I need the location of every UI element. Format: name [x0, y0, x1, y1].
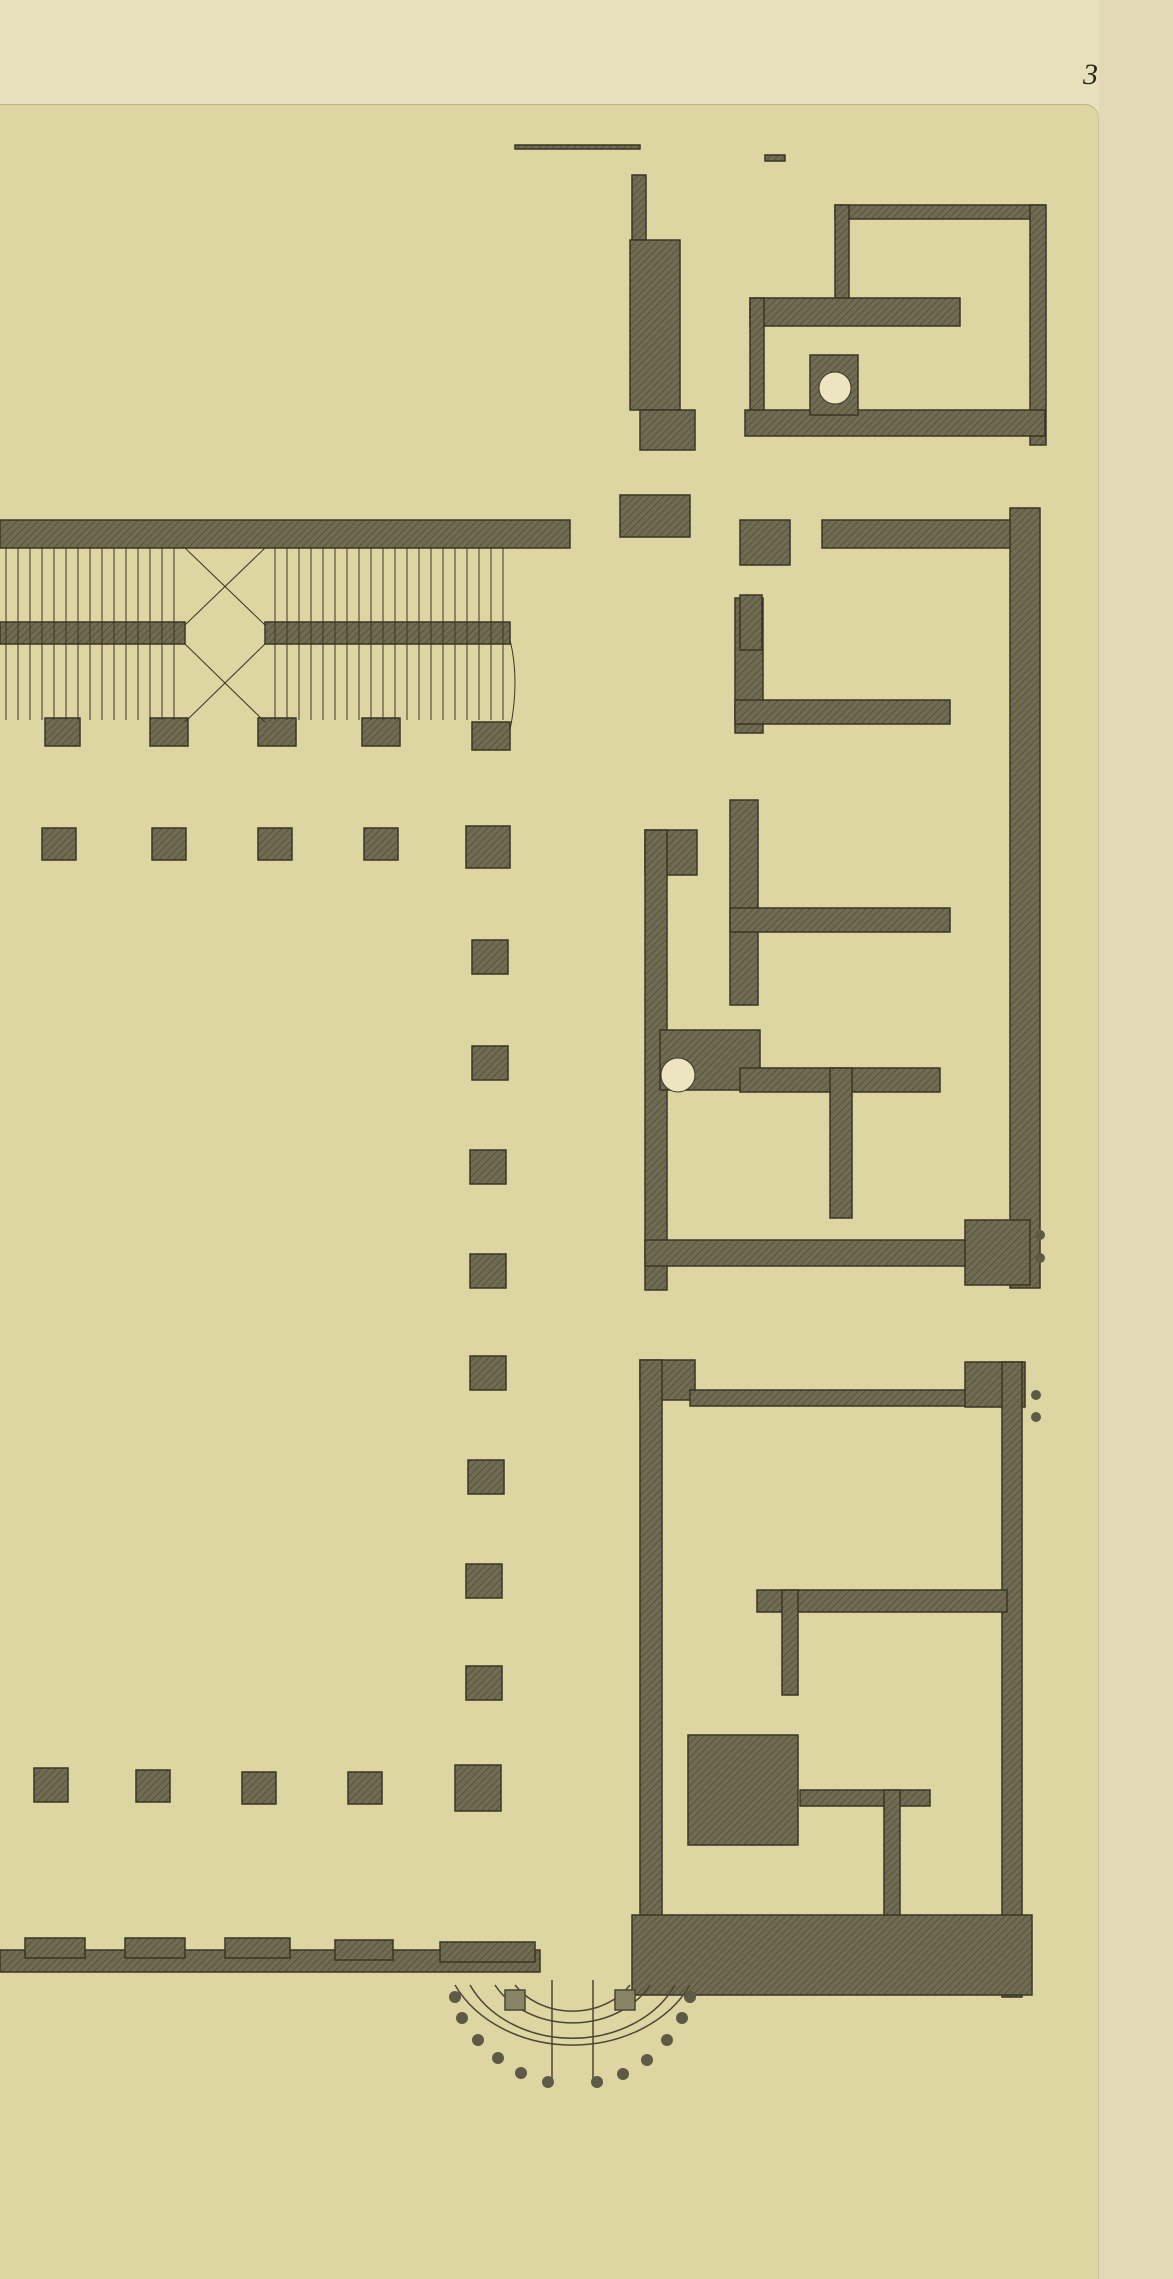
east-wing-north — [645, 508, 1040, 1290]
south-wall — [0, 1938, 540, 1972]
east-wing-south — [632, 1360, 1032, 1997]
north-annex-stair — [630, 175, 695, 450]
plate-marks — [515, 145, 785, 161]
courtyard-colonnade — [34, 826, 510, 1811]
floor-plan — [0, 0, 1173, 2279]
upper-gallery-colonnade — [0, 520, 570, 750]
